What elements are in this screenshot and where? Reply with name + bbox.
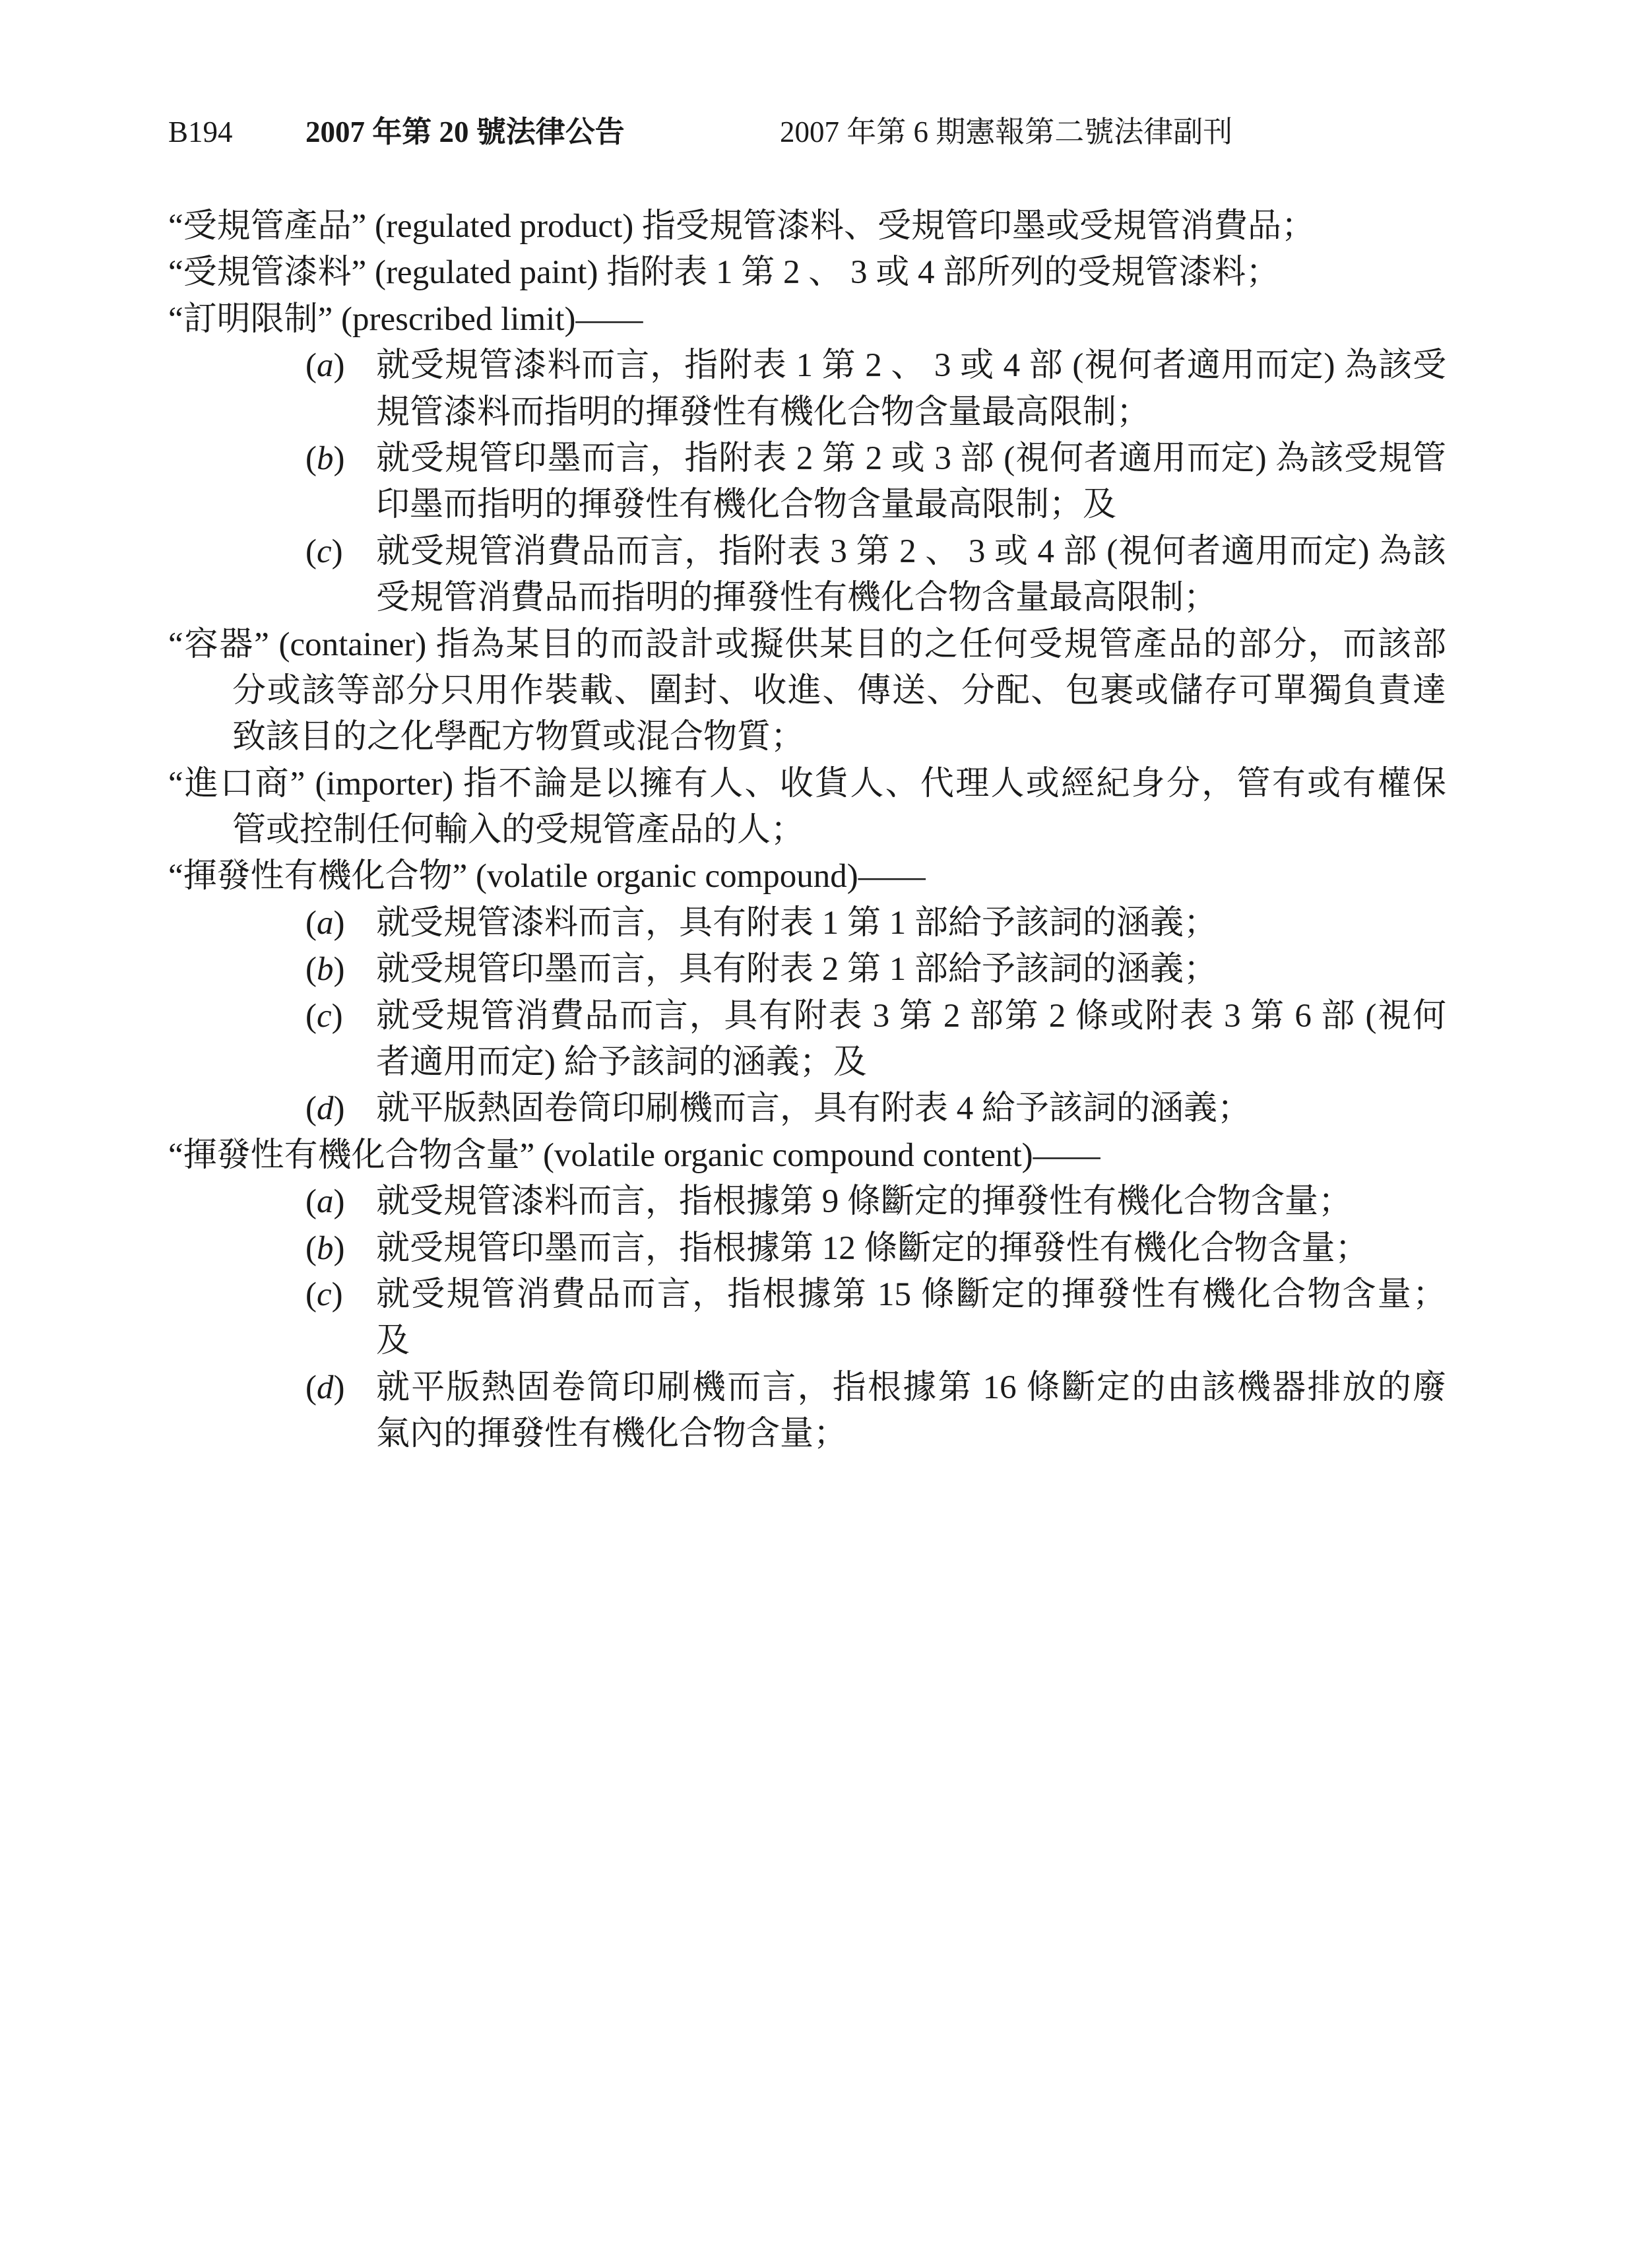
definition-subitem: (d)就平版熱固卷筒印刷機而言，指根據第 16 條斷定的由該機器排放的廢 xyxy=(168,1365,1446,1411)
line-text: “訂明限制” (prescribed limit)—— xyxy=(168,296,1446,342)
subitem-label: (c) xyxy=(305,993,343,1039)
line-text: 者適用而定) 給予該詞的涵義；及 xyxy=(376,1039,1446,1085)
line-text: “受規管漆料” (regulated paint) 指附表 1 第 2 、 3 … xyxy=(168,249,1446,296)
definition-subitem: (b)就受規管印墨而言，具有附表 2 第 1 部給予該詞的涵義； xyxy=(168,946,1446,992)
line-text: 分或該等部分只用作裝載、圍封、收進、傳送、分配、包裹或儲存可單獨負責達 xyxy=(232,668,1446,714)
line-text: 就受規管印墨而言，指根據第 12 條斷定的揮發性有機化合物含量； xyxy=(376,1225,1446,1272)
line-text: 就受規管印墨而言，指附表 2 第 2 或 3 部 (視何者適用而定) 為該受規管 xyxy=(376,436,1446,482)
gazette-supplement-title: 2007 年第 6 期憲報第二號法律副刊 xyxy=(780,112,1232,152)
subitem-label: (b) xyxy=(305,436,344,482)
definition-line: “揮發性有機化合物含量” (volatile organic compound … xyxy=(168,1132,1446,1179)
line-text: “揮發性有機化合物” (volatile organic compound)—— xyxy=(168,853,1446,899)
line-text: 致該目的之化學配方物質或混合物質； xyxy=(232,714,1446,760)
definition-subitem: (c)就受規管消費品而言，具有附表 3 第 2 部第 2 條或附表 3 第 6 … xyxy=(168,993,1446,1039)
definition-subitem: (c)就受規管消費品而言，指根據第 15 條斷定的揮發性有機化合物含量； xyxy=(168,1272,1446,1318)
subitem-label: (c) xyxy=(305,529,343,575)
definition-subitem: (a)就受規管漆料而言，指根據第 9 條斷定的揮發性有機化合物含量； xyxy=(168,1179,1446,1225)
definition-subitem: (c)就受規管消費品而言，指附表 3 第 2 、 3 或 4 部 (視何者適用而… xyxy=(168,529,1446,575)
subitem-label: (b) xyxy=(305,946,344,992)
line-text: “容器” (container) 指為某目的而設計或擬供某目的之任何受規管產品的… xyxy=(168,622,1446,668)
line-text: 就受規管印墨而言，具有附表 2 第 1 部給予該詞的涵義； xyxy=(376,946,1446,992)
subitem-label: (c) xyxy=(305,1272,343,1318)
definition-continuation: 管或控制任何輸入的受規管產品的人； xyxy=(168,807,1446,853)
line-text: 就平版熱固卷筒印刷機而言，具有附表 4 給予該詞的涵義； xyxy=(376,1085,1446,1132)
line-text: 受規管消費品而指明的揮發性有機化合物含量最高限制； xyxy=(376,575,1446,621)
definition-subitem: (b)就受規管印墨而言，指根據第 12 條斷定的揮發性有機化合物含量； xyxy=(168,1225,1446,1272)
line-text: 就受規管漆料而言，具有附表 1 第 1 部給予該詞的涵義； xyxy=(376,900,1446,946)
line-text: “進口商” (importer) 指不論是以擁有人、收貨人、代理人或經紀身分，管… xyxy=(168,761,1446,807)
subitem-label: (b) xyxy=(305,1225,344,1272)
line-text: 就受規管消費品而言，指根據第 15 條斷定的揮發性有機化合物含量； xyxy=(376,1272,1446,1318)
subitem-label: (d) xyxy=(305,1365,344,1411)
line-text: 氣內的揮發性有機化合物含量； xyxy=(376,1411,1446,1457)
definition-line: “受規管產品” (regulated product) 指受規管漆料、受規管印墨… xyxy=(168,203,1446,249)
subitem-label: (a) xyxy=(305,342,344,389)
subitem-label: (a) xyxy=(305,1179,344,1225)
line-text: 就受規管消費品而言，具有附表 3 第 2 部第 2 條或附表 3 第 6 部 (… xyxy=(376,993,1446,1039)
definition-subitem: (a)就受規管漆料而言，指附表 1 第 2 、 3 或 4 部 (視何者適用而定… xyxy=(168,342,1446,389)
line-text: 管或控制任何輸入的受規管產品的人； xyxy=(232,807,1446,853)
subitem-continuation: 受規管消費品而指明的揮發性有機化合物含量最高限制； xyxy=(168,575,1446,621)
legal-notice-title: 2007 年第 20 號法律公告 xyxy=(305,112,625,152)
definitions-body: “受規管產品” (regulated product) 指受規管漆料、受規管印墨… xyxy=(168,203,1446,1458)
line-text: 印墨而指明的揮發性有機化合物含量最高限制；及 xyxy=(376,482,1446,528)
page-number: B194 xyxy=(168,112,233,152)
line-text: 就受規管漆料而言，指根據第 9 條斷定的揮發性有機化合物含量； xyxy=(376,1179,1446,1225)
definition-line: “進口商” (importer) 指不論是以擁有人、收貨人、代理人或經紀身分，管… xyxy=(168,761,1446,807)
definition-line: “揮發性有機化合物” (volatile organic compound)—— xyxy=(168,853,1446,899)
line-text: 就受規管消費品而言，指附表 3 第 2 、 3 或 4 部 (視何者適用而定) … xyxy=(376,529,1446,575)
definition-subitem: (a)就受規管漆料而言，具有附表 1 第 1 部給予該詞的涵義； xyxy=(168,900,1446,946)
definition-subitem: (d)就平版熱固卷筒印刷機而言，具有附表 4 給予該詞的涵義； xyxy=(168,1085,1446,1132)
definition-line: “訂明限制” (prescribed limit)—— xyxy=(168,296,1446,342)
definition-continuation: 致該目的之化學配方物質或混合物質； xyxy=(168,714,1446,760)
line-text: 就平版熱固卷筒印刷機而言，指根據第 16 條斷定的由該機器排放的廢 xyxy=(376,1365,1446,1411)
subitem-label: (d) xyxy=(305,1085,344,1132)
definition-line: “容器” (container) 指為某目的而設計或擬供某目的之任何受規管產品的… xyxy=(168,622,1446,668)
definition-subitem: (b)就受規管印墨而言，指附表 2 第 2 或 3 部 (視何者適用而定) 為該… xyxy=(168,436,1446,482)
subitem-continuation: 者適用而定) 給予該詞的涵義；及 xyxy=(168,1039,1446,1085)
subitem-continuation: 氣內的揮發性有機化合物含量； xyxy=(168,1411,1446,1457)
subitem-label: (a) xyxy=(305,900,344,946)
line-text: “受規管產品” (regulated product) 指受規管漆料、受規管印墨… xyxy=(168,203,1446,249)
subitem-continuation: 印墨而指明的揮發性有機化合物含量最高限制；及 xyxy=(168,482,1446,528)
subitem-continuation: 規管漆料而指明的揮發性有機化合物含量最高限制； xyxy=(168,389,1446,436)
line-text: 及 xyxy=(376,1318,1446,1364)
line-text: 就受規管漆料而言，指附表 1 第 2 、 3 或 4 部 (視何者適用而定) 為… xyxy=(376,342,1446,389)
definition-continuation: 分或該等部分只用作裝載、圍封、收進、傳送、分配、包裹或儲存可單獨負責達 xyxy=(168,668,1446,714)
definition-line: “受規管漆料” (regulated paint) 指附表 1 第 2 、 3 … xyxy=(168,249,1446,296)
line-text: 規管漆料而指明的揮發性有機化合物含量最高限制； xyxy=(376,389,1446,436)
subitem-continuation: 及 xyxy=(168,1318,1446,1364)
line-text: “揮發性有機化合物含量” (volatile organic compound … xyxy=(168,1132,1446,1179)
